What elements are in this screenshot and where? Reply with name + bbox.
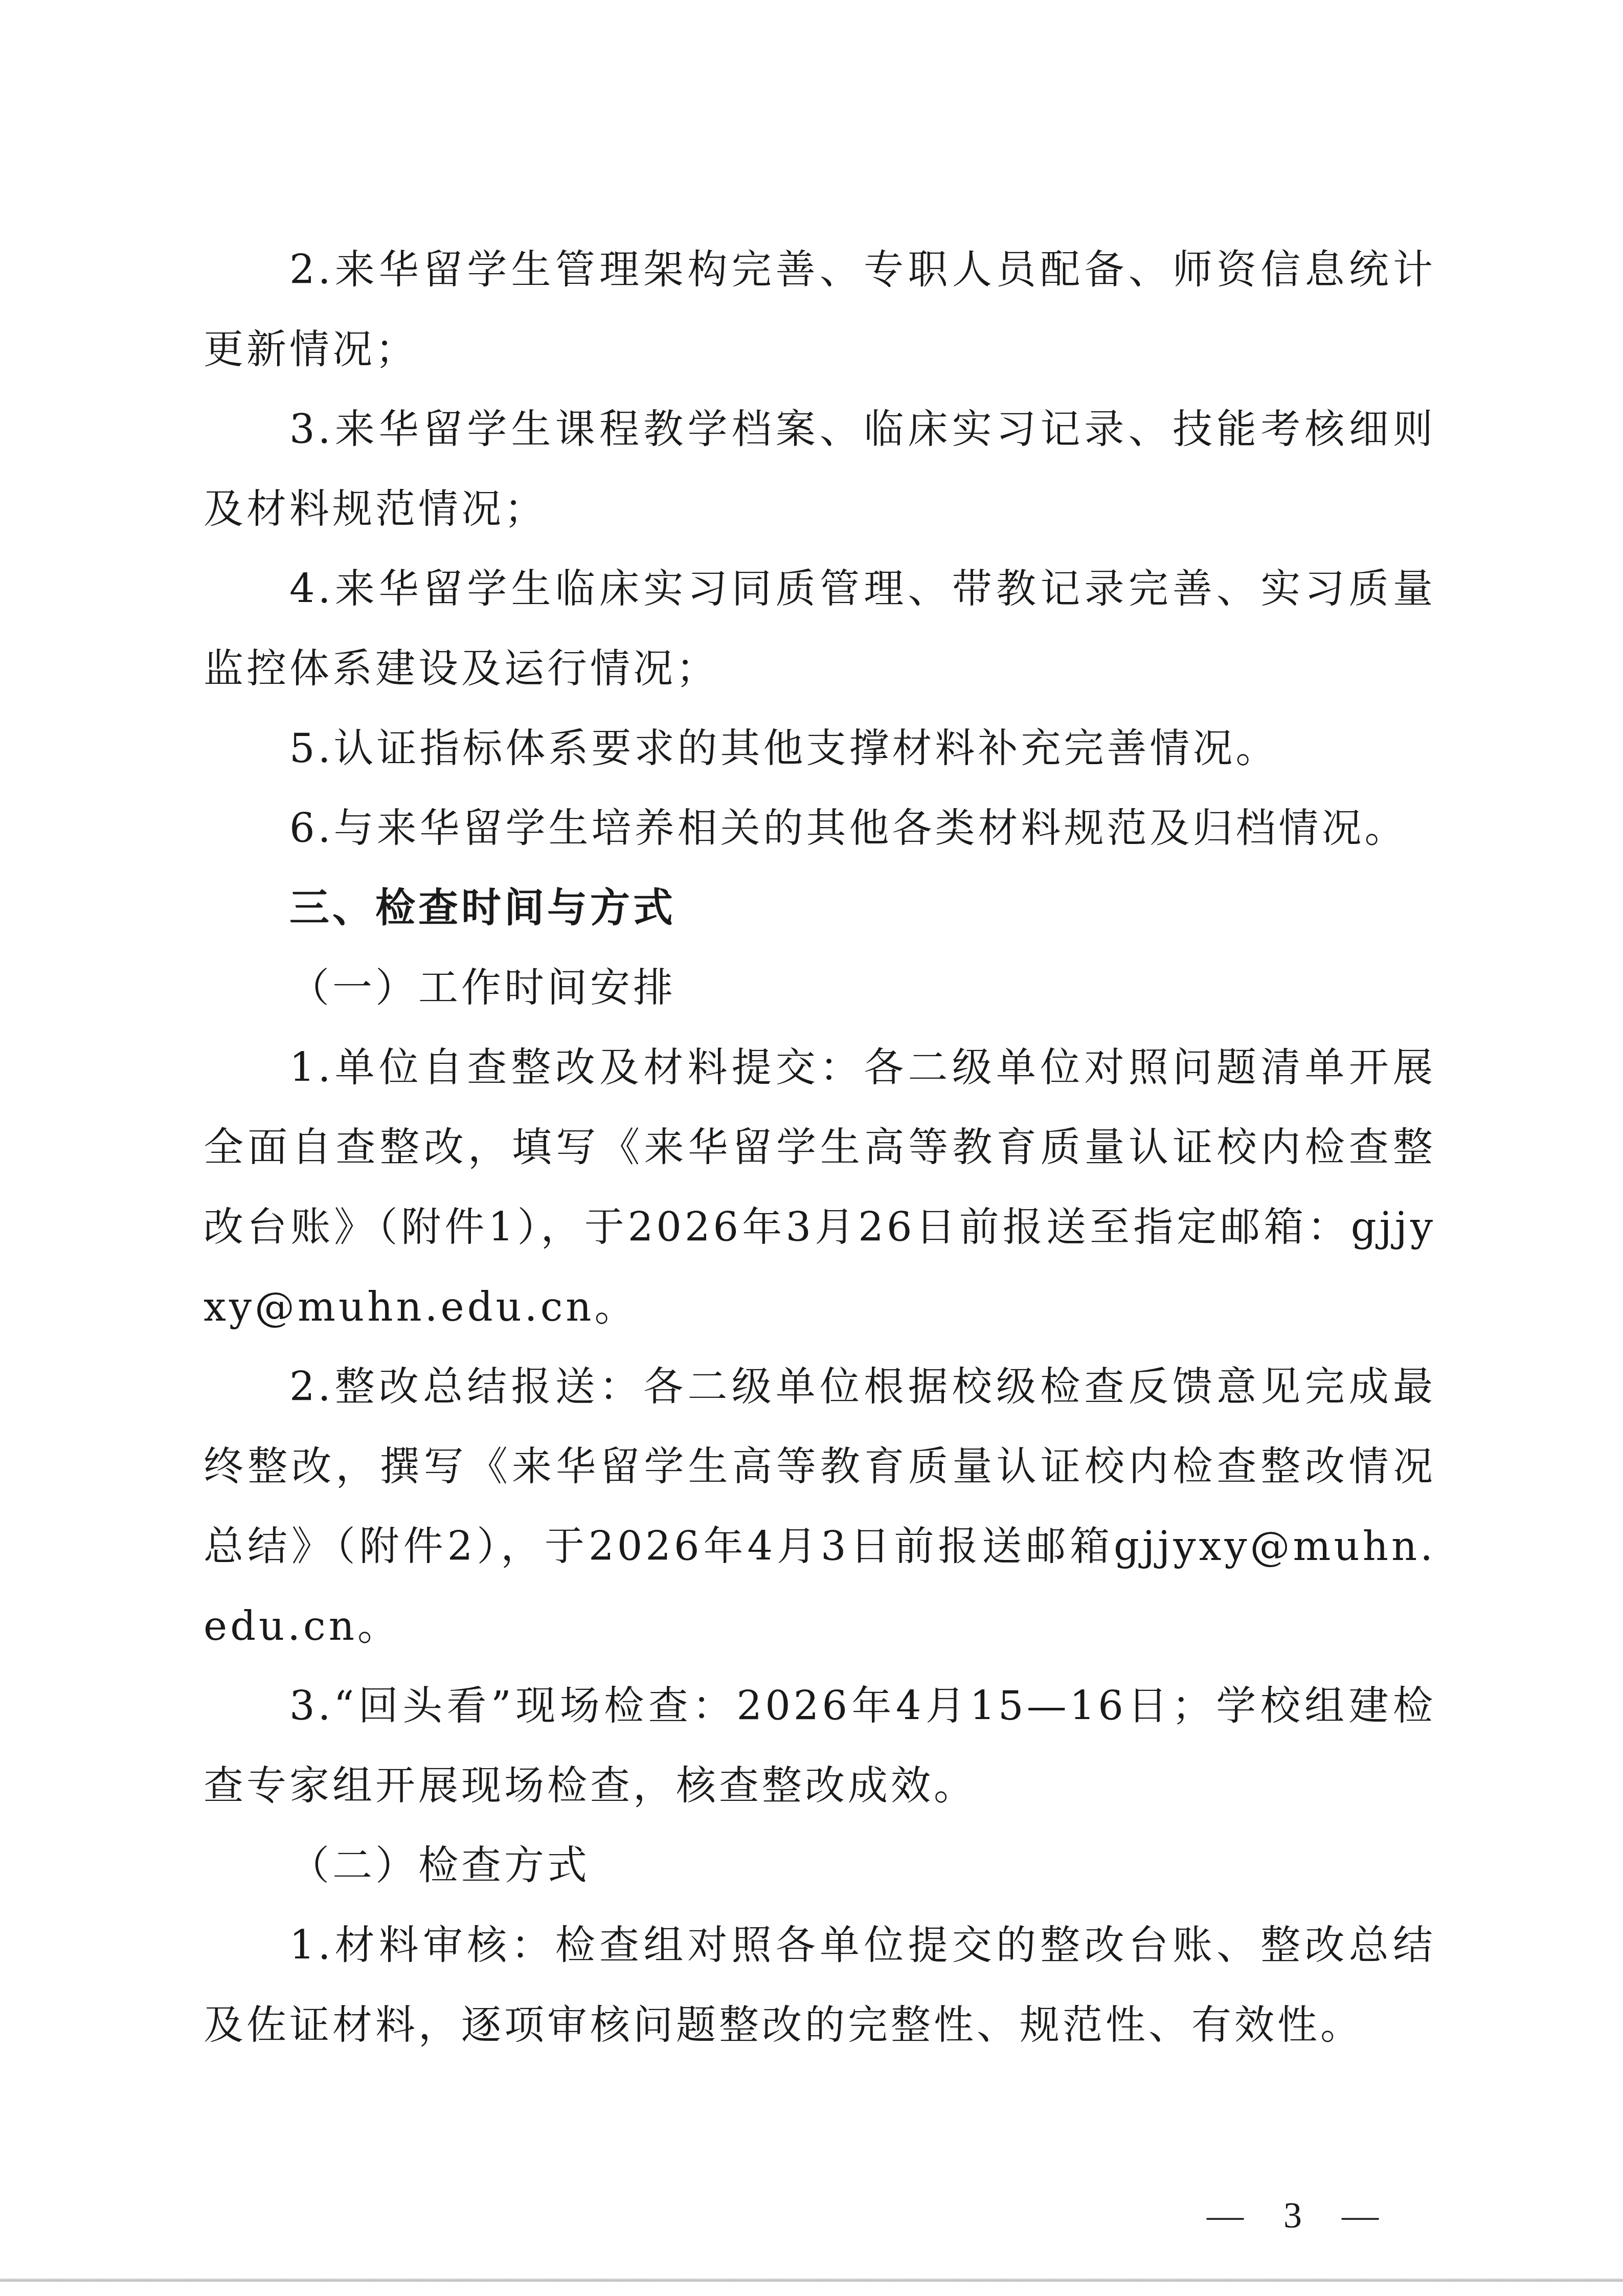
section-heading-inspection-time-method: 三、检查时间与方式 [204, 868, 1436, 948]
page-number: — 3 — [1207, 2194, 1394, 2237]
schedule-item-onsite-review: 3.“回头看”现场检查：2026年4月15—16日；学校组建检查专家组开展现场检… [204, 1666, 1436, 1826]
document-page: 2.来华留学生管理架构完善、专职人员配备、师资信息统计更新情况； 3.来华留学生… [0, 0, 1623, 2296]
list-item-other-materials: 6.与来华留学生培养相关的其他各类材料规范及归档情况。 [204, 789, 1436, 868]
list-item-supporting-materials: 5.认证指标体系要求的其他支撑材料补充完善情况。 [204, 709, 1436, 789]
page-bottom-divider [0, 2279, 1623, 2282]
schedule-item-self-check: 1.单位自查整改及材料提交：各二级单位对照问题清单开展全面自查整改，填写《来华留… [204, 1028, 1436, 1347]
document-body: 2.来华留学生管理架构完善、专职人员配备、师资信息统计更新情况； 3.来华留学生… [204, 230, 1436, 2065]
subsection-heading-schedule: （一）工作时间安排 [204, 948, 1436, 1028]
subsection-heading-inspection-method: （二）检查方式 [204, 1826, 1436, 1906]
list-item-course-archives: 3.来华留学生课程教学档案、临床实习记录、技能考核细则及材料规范情况； [204, 390, 1436, 549]
method-item-material-review: 1.材料审核：检查组对照各单位提交的整改台账、整改总结及佐证材料，逐项审核问题整… [204, 1906, 1436, 2065]
schedule-item-summary-submission: 2.整改总结报送：各二级单位根据校级检查反馈意见完成最终整改，撰写《来华留学生高… [204, 1347, 1436, 1666]
list-item-clinical-internship: 4.来华留学生临床实习同质管理、带教记录完善、实习质量监控体系建设及运行情况； [204, 549, 1436, 709]
list-item-management-structure: 2.来华留学生管理架构完善、专职人员配备、师资信息统计更新情况； [204, 230, 1436, 390]
